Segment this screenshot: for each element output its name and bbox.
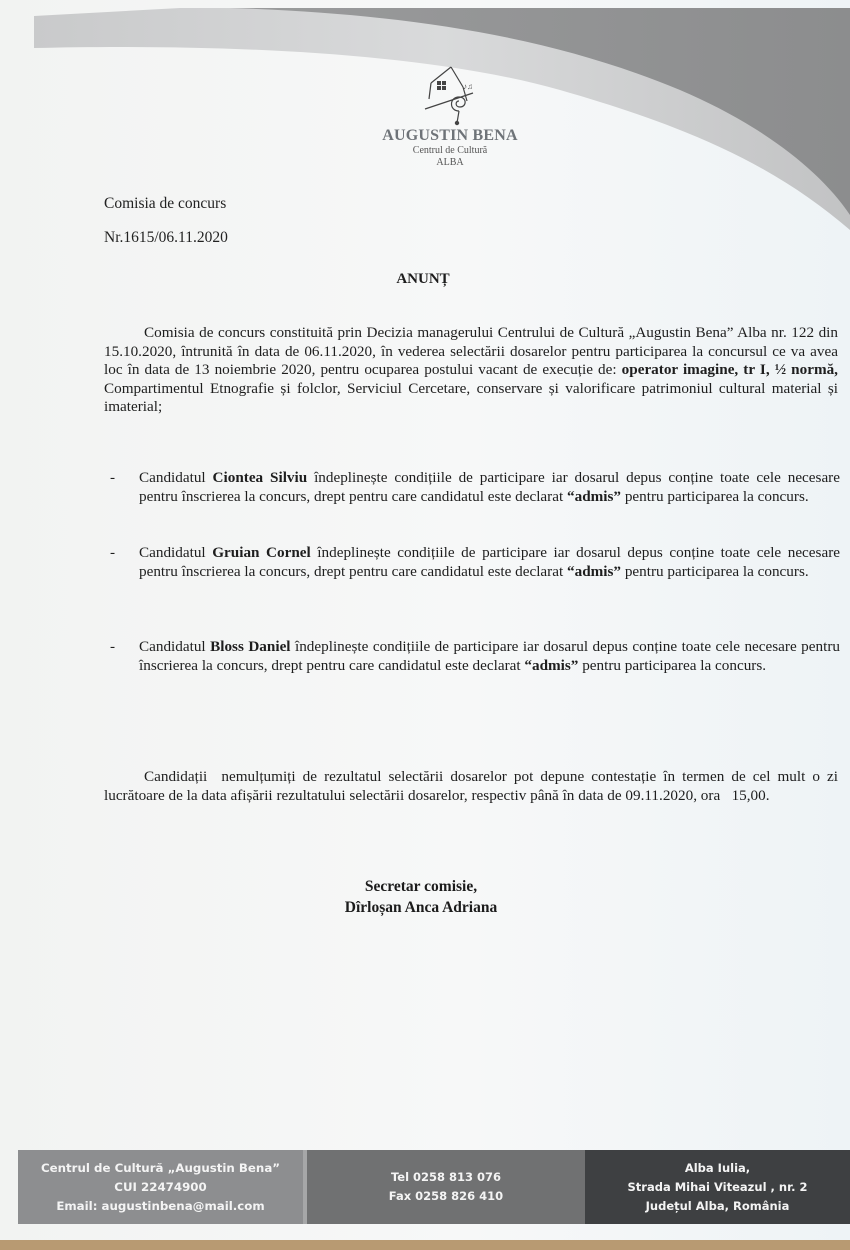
footer-address: Alba Iulia, Strada Mihai Viteazul , nr. …: [585, 1150, 850, 1224]
signature-role: Secretar comisie,: [0, 876, 846, 897]
signature-block: Secretar comisie, Dîrloșan Anca Adriana: [0, 876, 850, 918]
candidate-item: - Candidatul Ciontea Silviu îndeplinește…: [110, 469, 840, 506]
committee-label: Comisia de concurs: [104, 195, 226, 213]
candidate-name: Gruian Cornel: [212, 544, 311, 561]
brand-city: ALBA: [350, 157, 550, 169]
intro-paragraph: Comisia de concurs constituită prin Deci…: [104, 324, 838, 417]
footer-contact: Tel 0258 813 076 Fax 0258 826 410: [307, 1150, 585, 1224]
brand-name: AUGUSTIN BENA: [350, 127, 550, 145]
contest-note: Candidații nemulțumiți de rezultatul sel…: [104, 768, 838, 805]
candidate-name: Bloss Daniel: [210, 638, 290, 655]
document-page: ♪♫ AUGUSTIN BENA Centrul de Cultură ALBA…: [0, 0, 850, 1240]
candidate-status: “admis”: [567, 488, 621, 505]
page-title: ANUNȚ: [0, 271, 850, 288]
candidate-status: “admis”: [524, 657, 578, 674]
footer-fax: Fax 0258 826 410: [307, 1187, 585, 1206]
document-number: Nr.1615/06.11.2020: [104, 229, 228, 247]
logo: ♪♫ AUGUSTIN BENA Centrul de Cultură ALBA: [350, 65, 550, 169]
candidate-item: - Candidatul Bloss Daniel îndeplinește c…: [110, 638, 840, 675]
brand-subtitle: Centrul de Cultură: [350, 145, 550, 157]
svg-text:♪♫: ♪♫: [463, 82, 473, 91]
footer-bar: Centrul de Cultură „Augustin Bena” CUI 2…: [18, 1150, 850, 1224]
house-music-note-icon: ♪♫: [415, 65, 485, 127]
footer-institution: Centrul de Cultură „Augustin Bena” CUI 2…: [18, 1150, 303, 1224]
position-name: operator imagine, tr I, ½ normă,: [622, 361, 838, 378]
candidate-name: Ciontea Silviu: [213, 469, 308, 486]
footer-email: Email: augustinbena@mail.com: [18, 1197, 303, 1216]
signature-name: Dîrloșan Anca Adriana: [0, 897, 846, 918]
candidate-item: - Candidatul Gruian Cornel îndeplinește …: [110, 544, 840, 581]
footer-phone: Tel 0258 813 076: [307, 1168, 585, 1187]
candidate-status: “admis”: [567, 563, 621, 580]
